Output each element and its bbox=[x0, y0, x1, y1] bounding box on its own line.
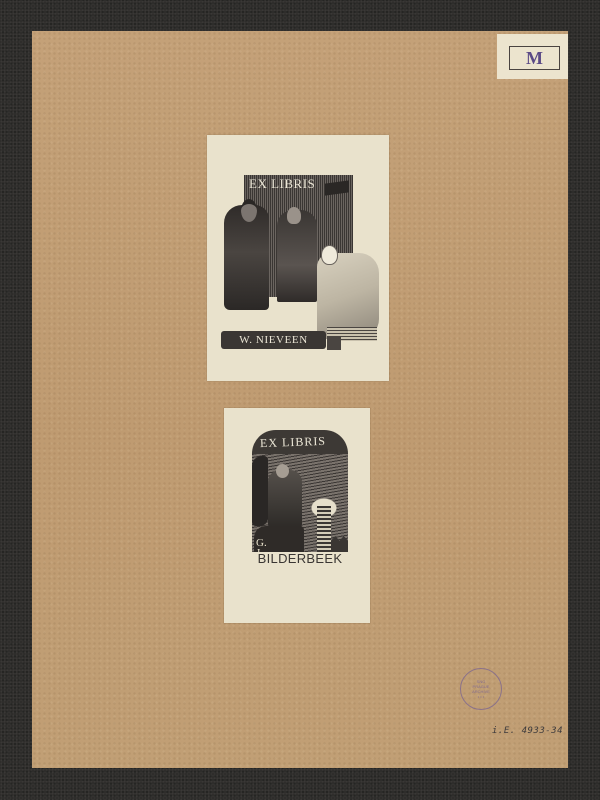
tower-building bbox=[317, 506, 331, 552]
label-frame: M bbox=[509, 46, 560, 70]
bookplate-bilderbeek: EX LIBRIS G. J. BILDERBEEK bbox=[224, 408, 370, 623]
stamp-line: • • • bbox=[478, 694, 484, 699]
collection-label: M bbox=[497, 34, 568, 79]
ribbon-end bbox=[327, 336, 341, 350]
figure-man-head bbox=[241, 199, 257, 222]
bookplate-nieveen: EX LIBRIS W. NIEVEEN bbox=[207, 135, 389, 381]
collection-stamp: SNG PRAGUE ARCHIVE • • • bbox=[460, 668, 502, 710]
ex-libris-heading: EX LIBRIS bbox=[260, 434, 326, 451]
owner-name: BILDERBEEK bbox=[250, 551, 350, 566]
owner-ribbon: W. NIEVEEN bbox=[221, 331, 326, 349]
label-letter: M bbox=[526, 49, 543, 67]
owner-name: W. NIEVEEN bbox=[239, 334, 308, 346]
figure-woman bbox=[277, 210, 317, 302]
figure-blacksmith bbox=[268, 470, 302, 530]
figure-seated-girl-head bbox=[321, 245, 338, 265]
inventory-number: i.E. 4933-34 bbox=[492, 726, 563, 736]
figure-woman-head bbox=[287, 207, 301, 224]
figure-blacksmith-head bbox=[276, 464, 289, 478]
mount-sheet: M EX LIBRIS W. NIEVEEN EX LIBRIS G. J. B… bbox=[32, 31, 568, 768]
flame-shape bbox=[252, 456, 268, 526]
ex-libris-heading: EX LIBRIS bbox=[249, 176, 315, 192]
